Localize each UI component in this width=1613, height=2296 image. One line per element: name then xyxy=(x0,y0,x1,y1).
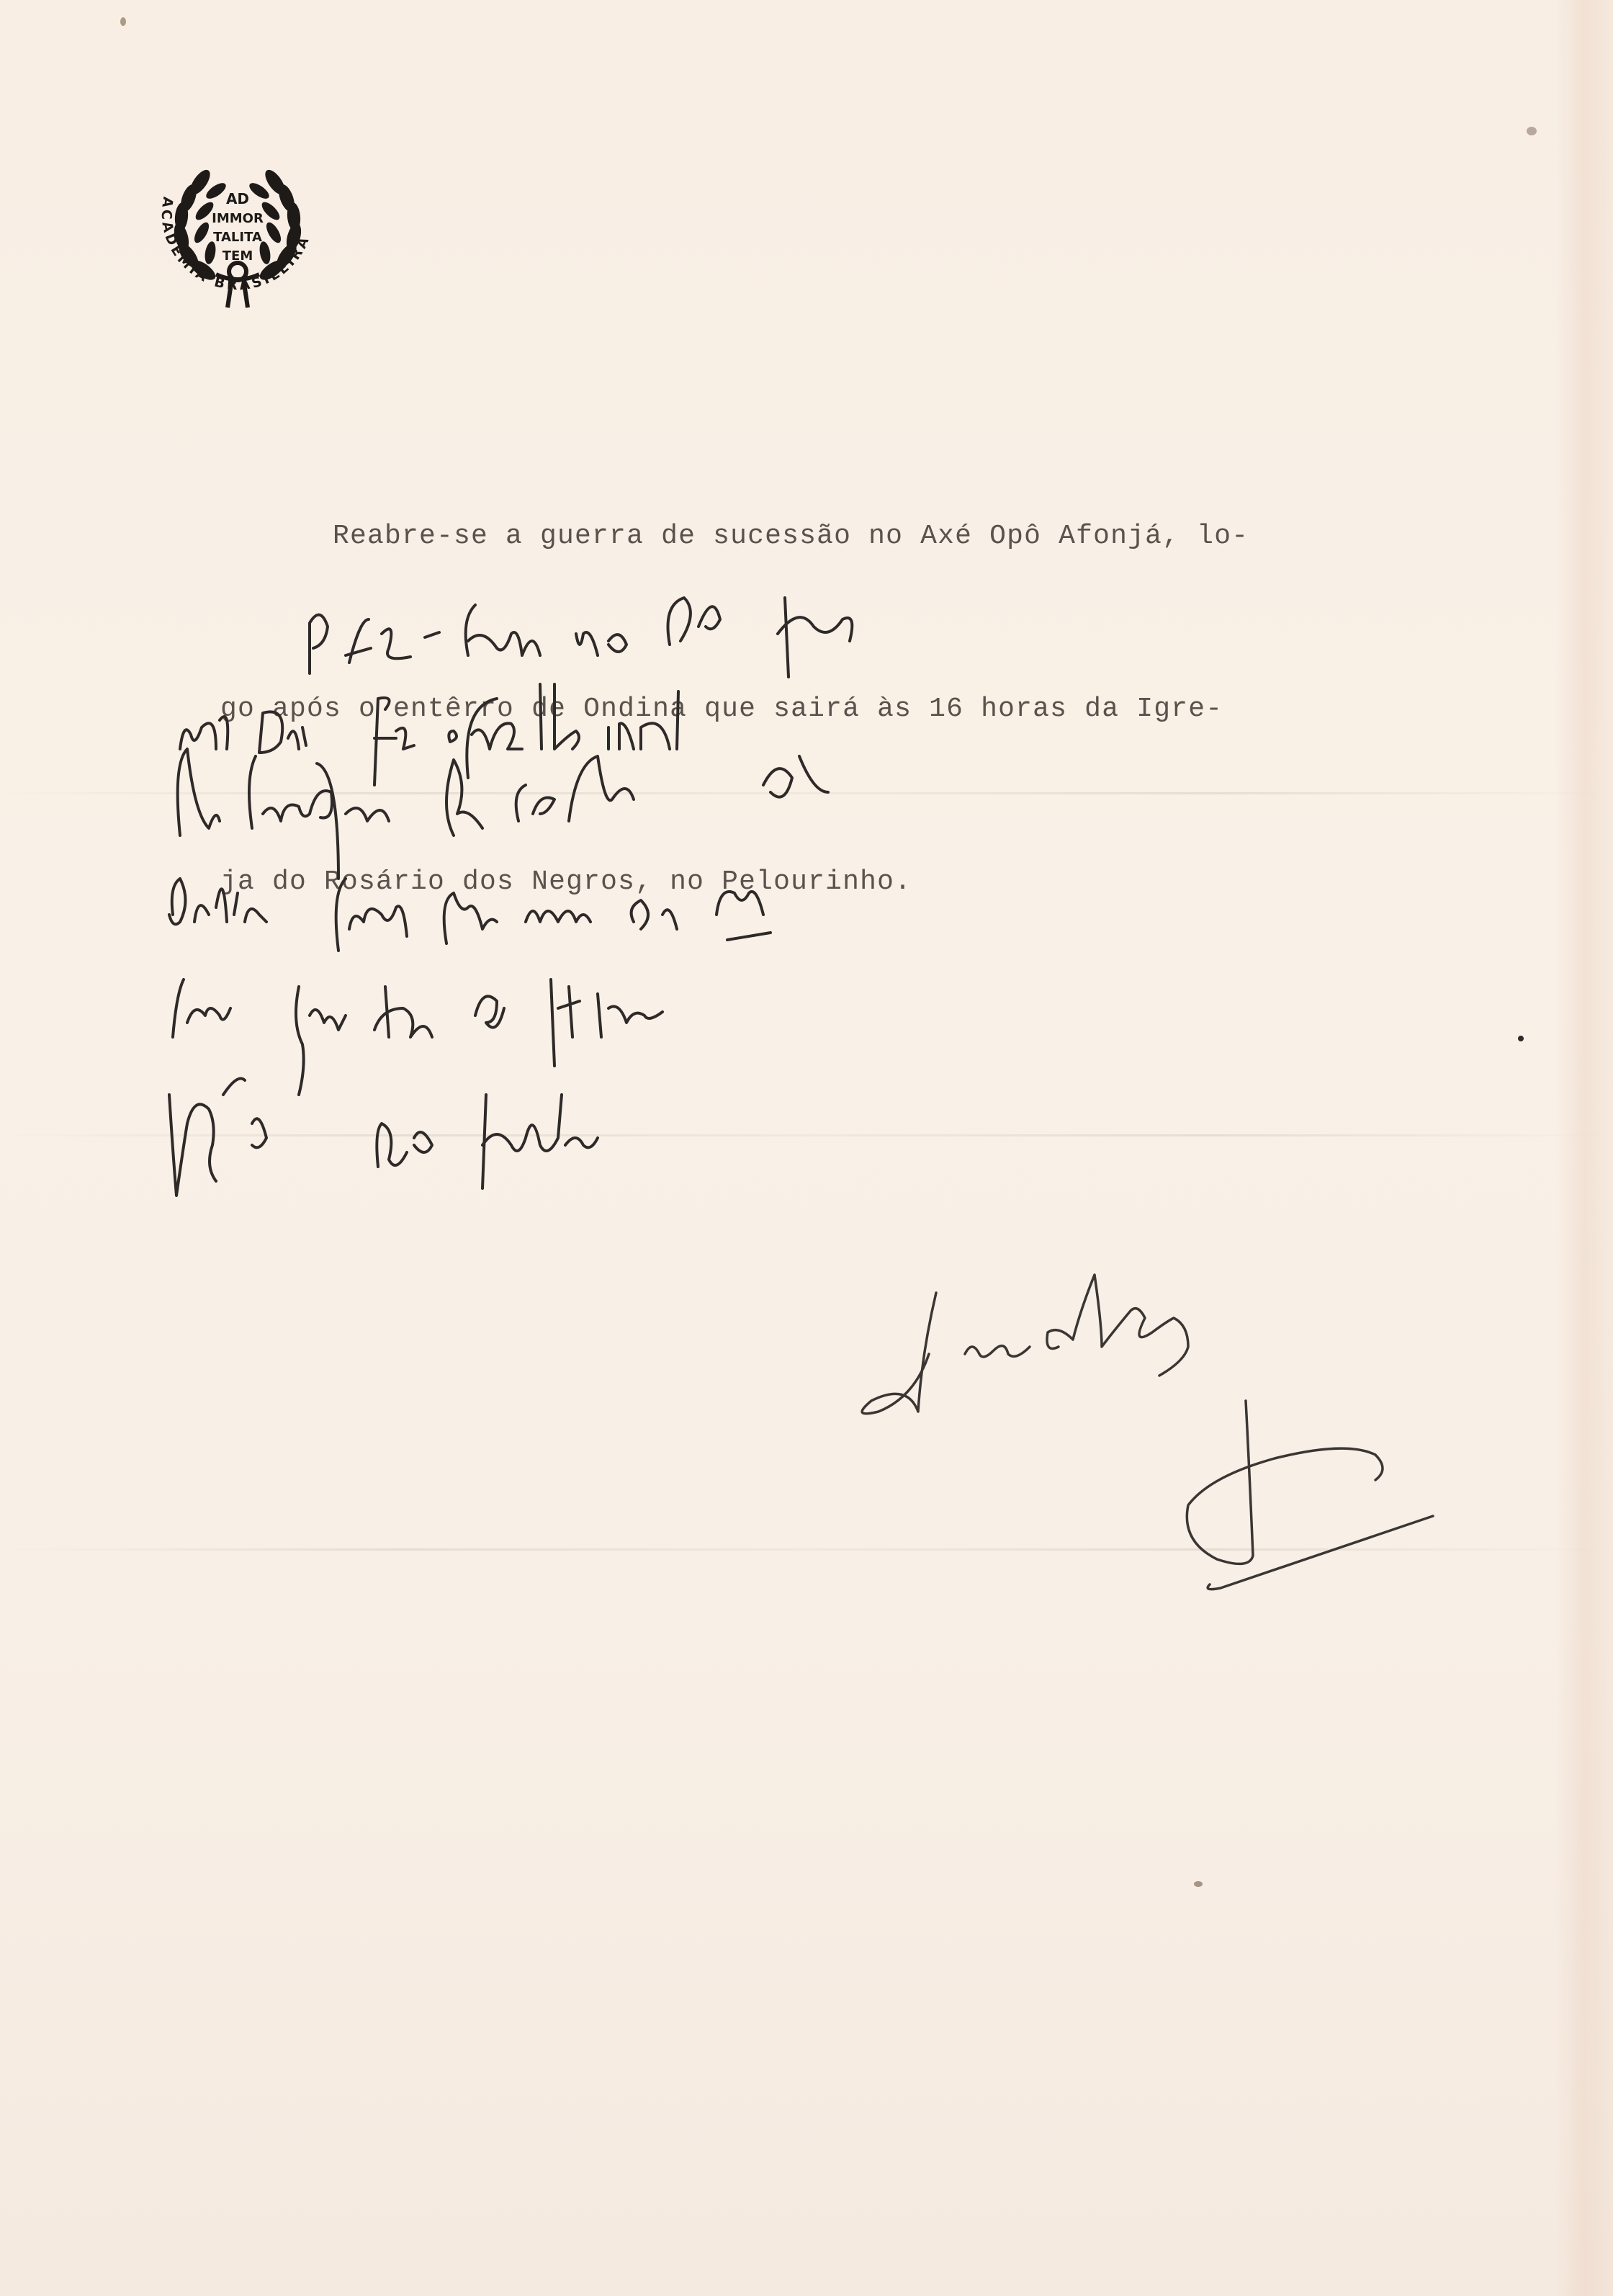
paper-speck xyxy=(1194,1881,1203,1887)
seal-text-line: AD xyxy=(226,190,249,207)
seal-text-line: TALITA xyxy=(213,230,262,245)
signature-strokes: Saudades J xyxy=(828,1268,1476,1599)
handwritten-postscript: PS 2 - Estive no Opô Afonjá onde Didi fe… xyxy=(166,576,1534,1268)
typed-line: Reabre-se a guerra de sucessão no Axé Op… xyxy=(220,508,1517,565)
laurel-wreath-icon: AD IMMOR TALITA TEM ACADEMIA BRASILEIRA xyxy=(144,148,331,328)
paper-speck xyxy=(120,17,126,26)
seal-text-line: TEM xyxy=(223,248,253,264)
handwriting-strokes xyxy=(166,576,1534,1268)
paper-speck xyxy=(1527,127,1537,135)
signature-block: Saudades J xyxy=(828,1268,1476,1599)
academia-brasileira-seal: AD IMMOR TALITA TEM ACADEMIA BRASILEIRA xyxy=(144,148,331,328)
seal-text-line: IMMOR xyxy=(212,211,264,226)
